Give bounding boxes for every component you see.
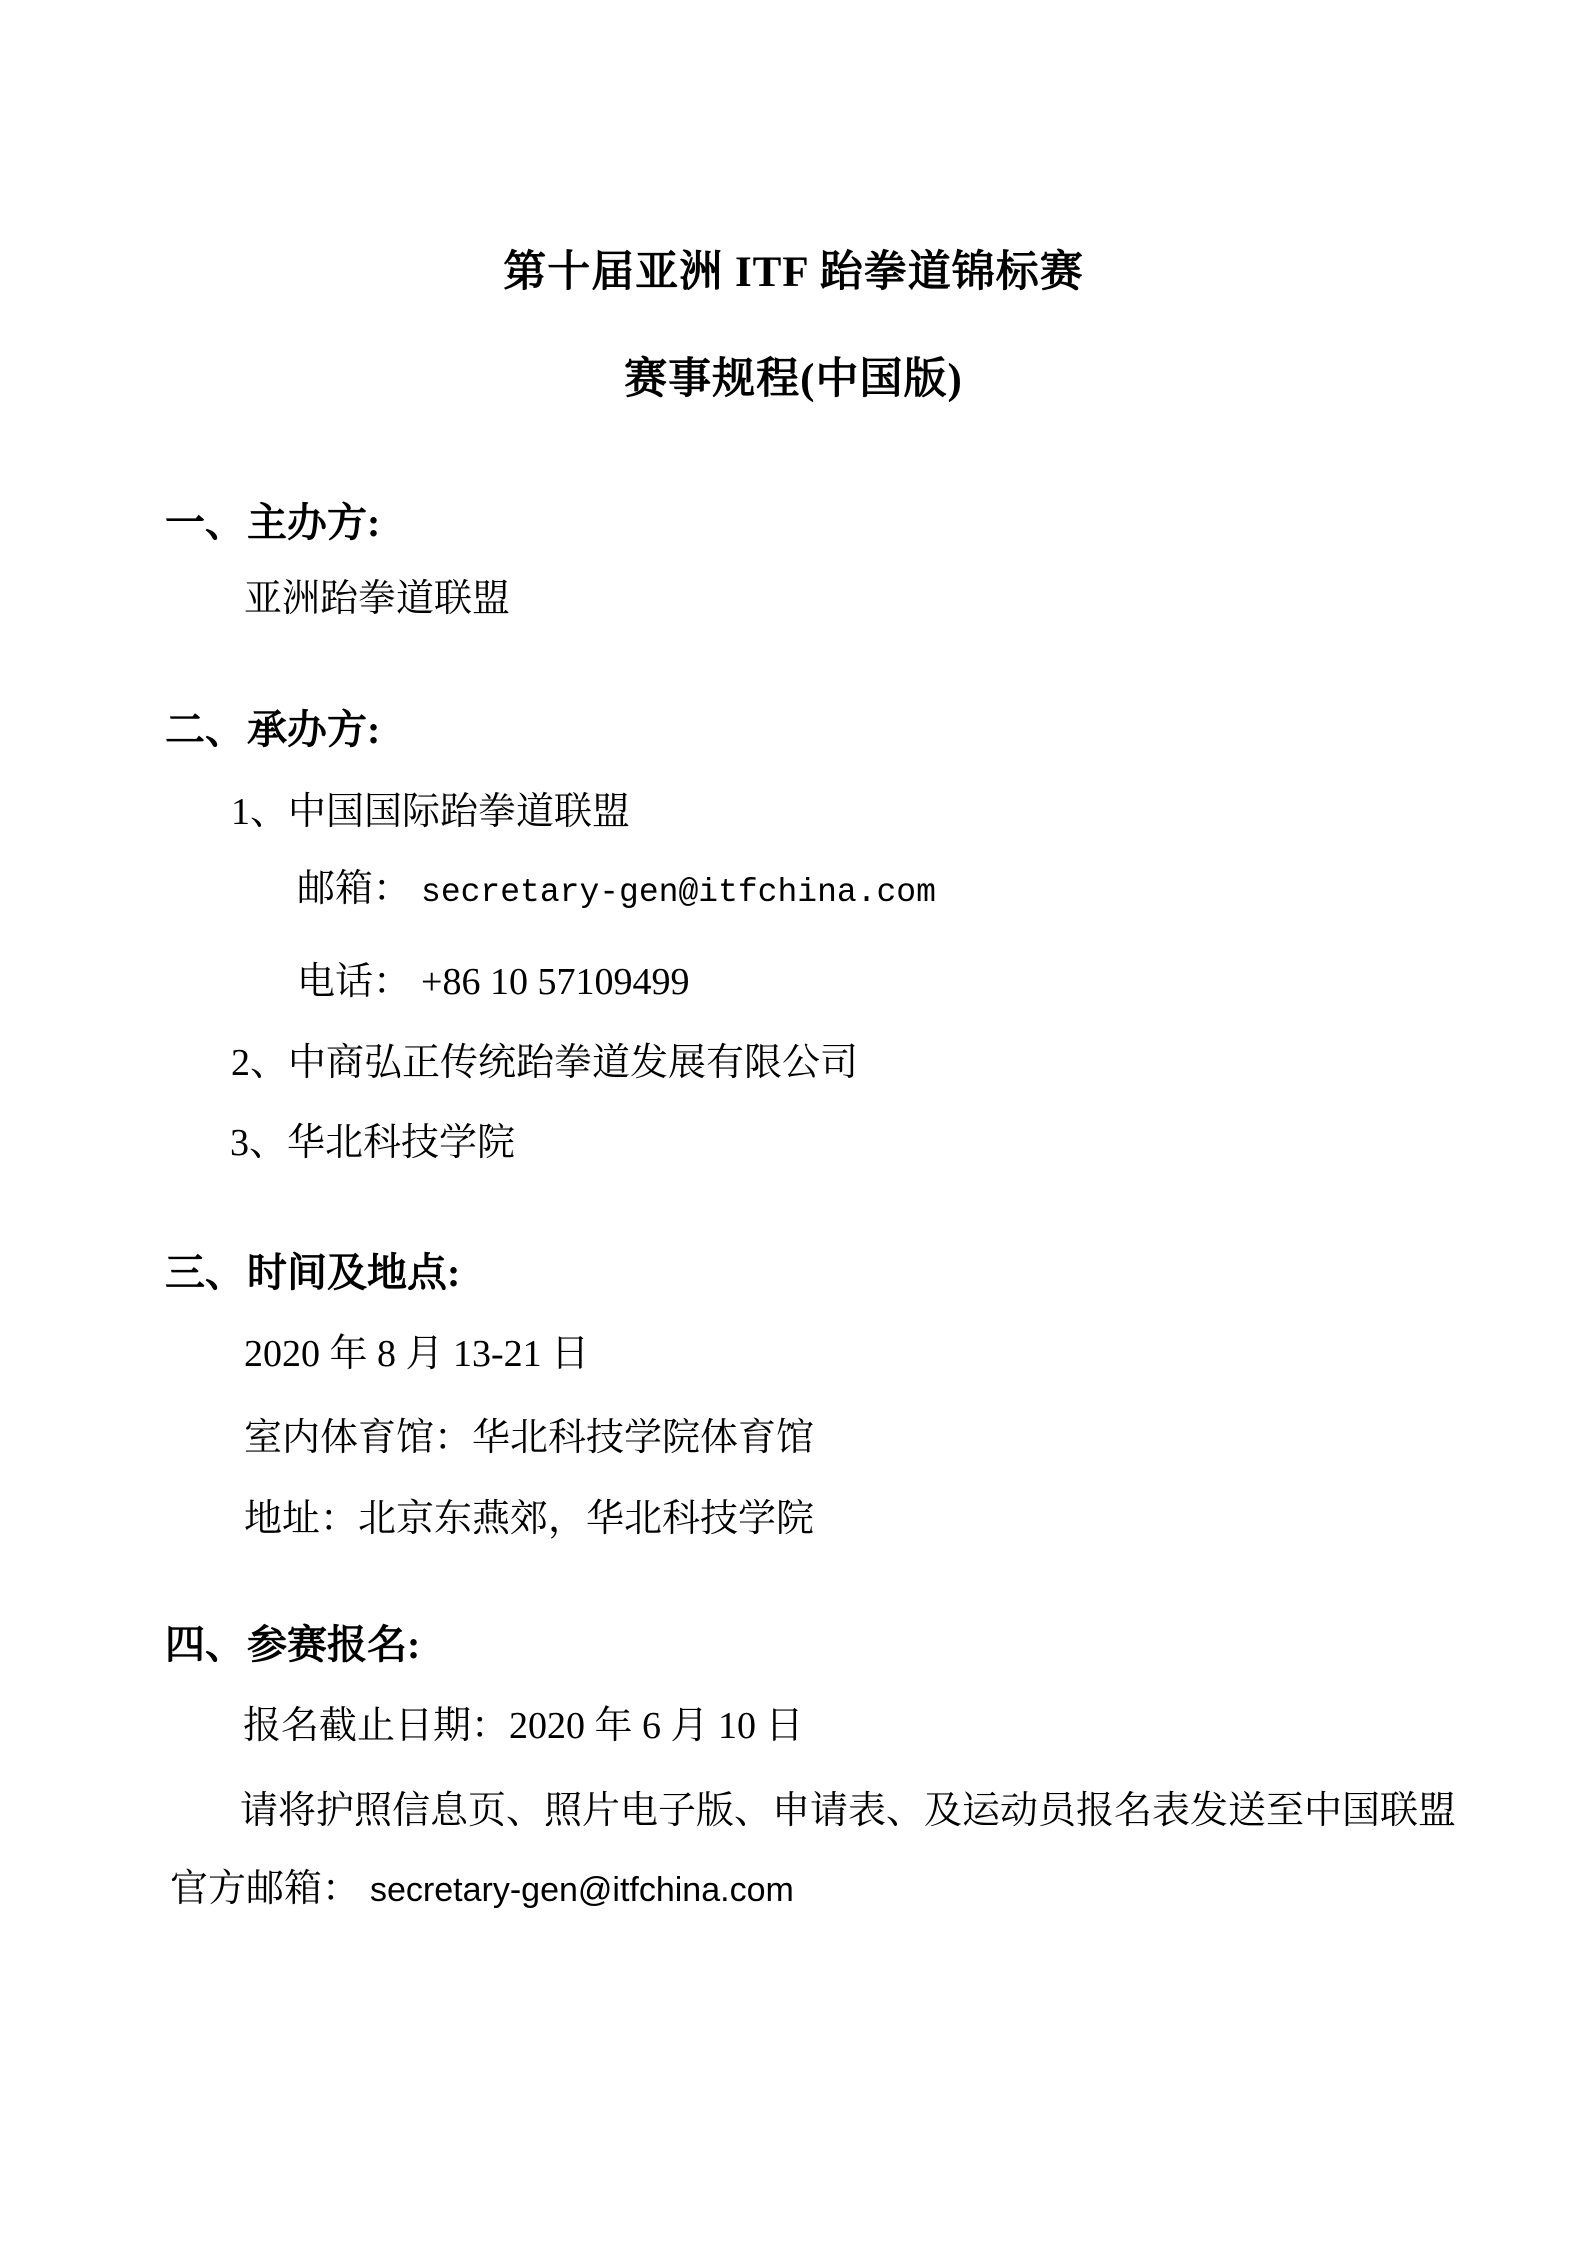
co-organizer-item-1: 1、中国国际跆拳道联盟: [231, 791, 630, 835]
official-email-label: 官方邮箱：: [170, 1868, 360, 1910]
organizer-name: 亚洲跆拳道联盟: [244, 578, 510, 622]
section-3-heading-label: 时间及地点:: [247, 1250, 460, 1295]
section-4-heading: 四、参赛报名:: [165, 1622, 420, 1668]
official-email-value: secretary-gen@itfchina.com: [370, 1871, 794, 1909]
document-title-line2: 赛事规程(中国版): [0, 355, 1587, 404]
co-organizer-item-2: 2、中商弘正传统跆拳道发展有限公司: [231, 1042, 858, 1086]
co-organizer-item-3: 3、华北科技学院: [230, 1122, 515, 1166]
section-4-heading-label: 参赛报名:: [247, 1622, 420, 1667]
section-1-heading-label: 主办方:: [247, 500, 380, 545]
venue-value: 华北科技学院体育馆: [472, 1417, 814, 1459]
contact-phone-line: 电话：+86 10 57109499: [297, 961, 689, 1005]
event-date: 2020 年 8 月 13-21 日: [244, 1333, 589, 1377]
section-4-number: 四、: [165, 1622, 245, 1667]
address-label: 地址：: [244, 1498, 358, 1540]
venue-line: 室内体育馆：华北科技学院体育馆: [244, 1417, 814, 1461]
document-page: 第十届亚洲 ITF 跆拳道锦标赛 赛事规程(中国版) 一、主办方: 亚洲跆拳道联…: [0, 0, 1587, 2245]
deadline-label: 报名截止日期：: [243, 1705, 509, 1747]
phone-value: +86 10 57109499: [421, 961, 689, 1003]
registration-deadline-line: 报名截止日期：2020 年 6 月 10 日: [243, 1705, 804, 1749]
section-2-heading-label: 承办方:: [247, 707, 380, 752]
phone-label: 电话：: [297, 961, 411, 1003]
section-2-number: 二、: [165, 707, 245, 752]
section-3-heading: 三、时间及地点:: [165, 1250, 460, 1296]
venue-label: 室内体育馆：: [244, 1417, 472, 1459]
registration-instruction: 请将护照信息页、照片电子版、申请表、及运动员报名表发送至中国联盟: [240, 1790, 1456, 1834]
document-title-line1: 第十届亚洲 ITF 跆拳道锦标赛: [0, 248, 1587, 297]
email-label: 邮箱：: [297, 868, 411, 910]
address-line: 地址：北京东燕郊，华北科技学院: [244, 1498, 814, 1542]
address-value: 北京东燕郊，华北科技学院: [358, 1498, 814, 1540]
official-email-line: 官方邮箱：secretary-gen@itfchina.com: [170, 1868, 794, 1912]
email-value: secretary-gen@itfchina.com: [421, 874, 936, 911]
deadline-value: 2020 年 6 月 10 日: [509, 1705, 804, 1747]
section-2-heading: 二、承办方:: [165, 707, 380, 753]
section-1-number: 一、: [165, 500, 245, 545]
section-1-heading: 一、主办方:: [165, 500, 380, 546]
contact-email-line: 邮箱：secretary-gen@itfchina.com: [297, 868, 936, 912]
section-3-number: 三、: [165, 1250, 245, 1295]
